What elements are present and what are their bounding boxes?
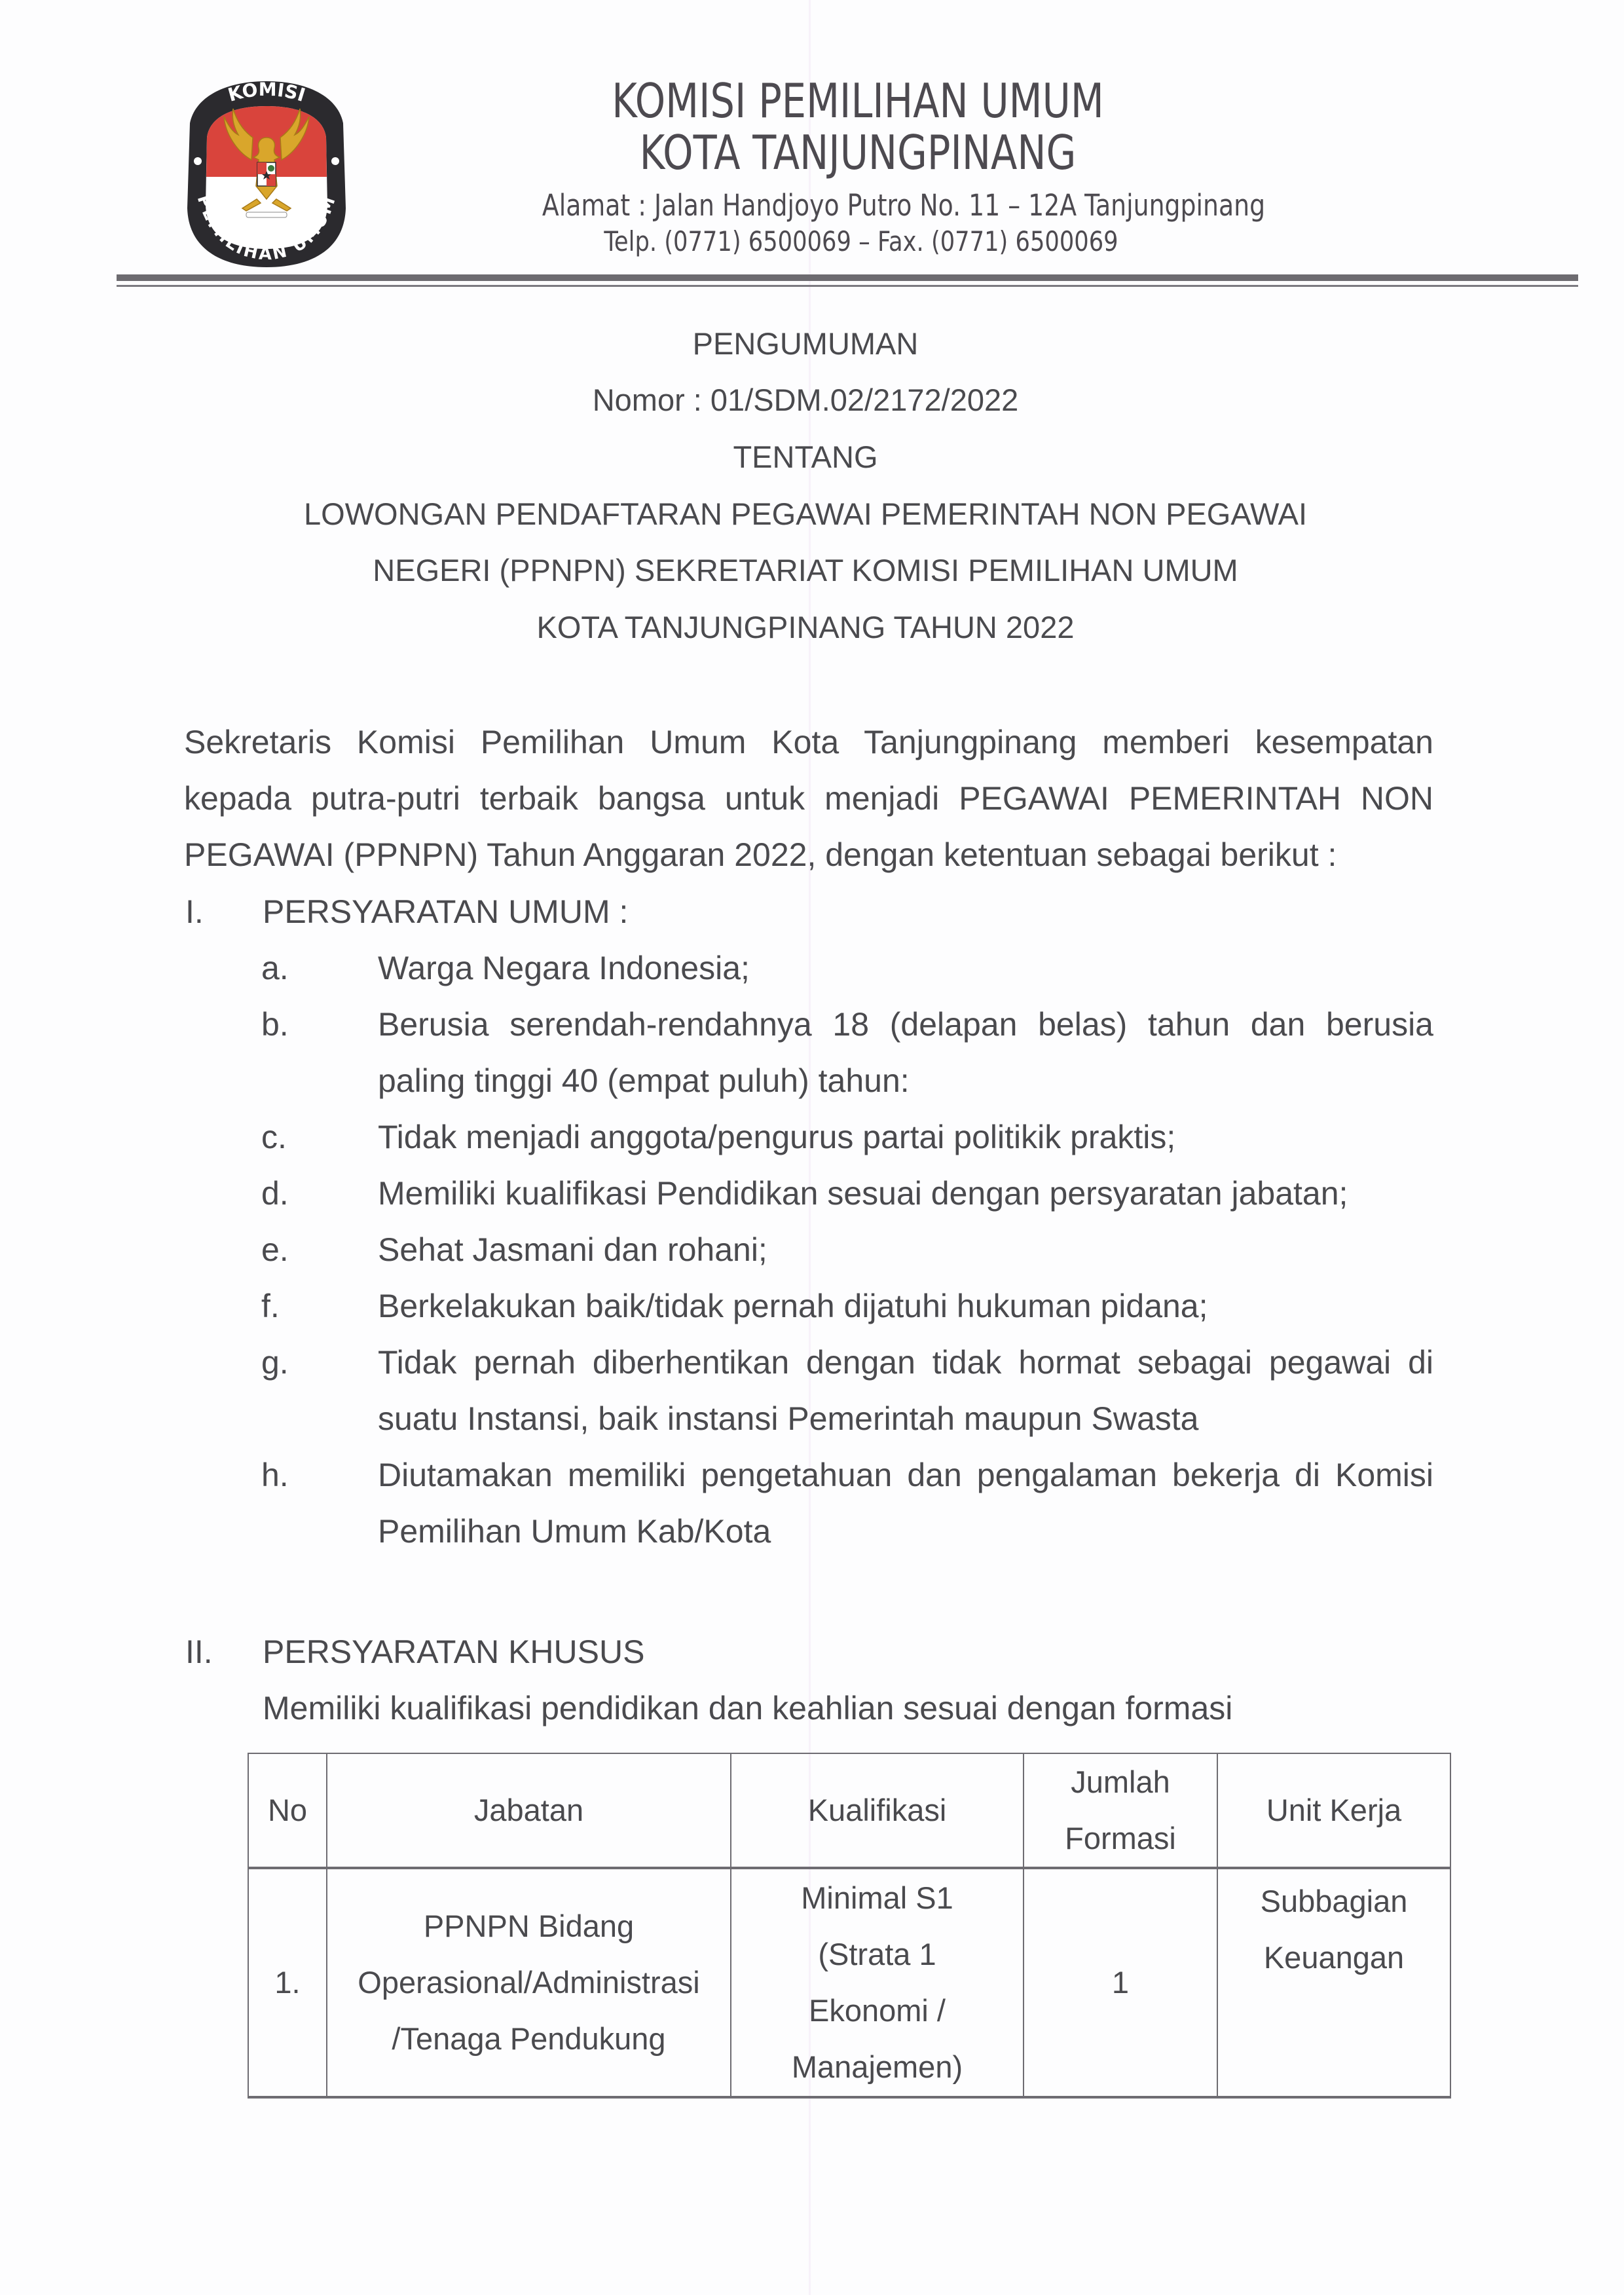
requirement-text: Berusia serendah-rendahnya 18 (delapan b…: [378, 996, 1433, 1109]
requirement-item: b.Berusia serendah-rendahnya 18 (delapan…: [261, 996, 1433, 1109]
document-number: Nomor : 01/SDM.02/2172/2022: [164, 382, 1447, 419]
letterhead-rule-thin: [117, 285, 1578, 287]
requirement-label: g.: [261, 1334, 289, 1390]
header-work-unit: Unit Kerja: [1217, 1753, 1450, 1868]
about-label: TENTANG: [164, 439, 1447, 476]
requirement-label: e.: [261, 1222, 289, 1278]
cell-qualification: Minimal S1 (Strata 1 Ekonomi / Manajemen…: [731, 1868, 1024, 2097]
requirement-item: g.Tidak pernah diberhentikan dengan tida…: [261, 1334, 1433, 1447]
section-number: II.: [185, 1624, 213, 1680]
table-row: 1. PPNPN Bidang Operasional/Administrasi…: [248, 1868, 1450, 2097]
requirement-text: Tidak pernah diberhentikan dengan tidak …: [378, 1334, 1433, 1447]
header-formation-count: Jumlah Formasi: [1024, 1753, 1217, 1868]
requirement-item: a.Warga Negara Indonesia;: [261, 940, 1433, 996]
cell-formation-count: 1: [1024, 1868, 1217, 2097]
table-header-row: No Jabatan Kualifikasi Jumlah Formasi Un…: [248, 1753, 1450, 1868]
header-no: No: [248, 1753, 327, 1868]
letterhead-rule-thick: [117, 274, 1578, 281]
header-position: Jabatan: [327, 1753, 731, 1868]
org-name: KOMISI PEMILIHAN UMUM: [573, 75, 1142, 127]
section-title: PERSYARATAN KHUSUS: [263, 1624, 644, 1680]
cell-position: PPNPN Bidang Operasional/Administrasi /T…: [327, 1868, 731, 2097]
requirement-label: f.: [261, 1278, 280, 1334]
requirement-text: Warga Negara Indonesia;: [378, 940, 1433, 996]
requirement-item: d.Memiliki kualifikasi Pendidikan sesuai…: [261, 1165, 1433, 1222]
requirement-label: c.: [261, 1109, 287, 1165]
subject-line-1: LOWONGAN PENDAFTARAN PEGAWAI PEMERINTAH …: [164, 496, 1447, 532]
section-description: Memiliki kualifikasi pendidikan dan keah…: [263, 1680, 1232, 1736]
cell-work-unit: Subbagian Keuangan: [1217, 1868, 1450, 2097]
formation-table: No Jabatan Kualifikasi Jumlah Formasi Un…: [248, 1753, 1451, 2099]
section-number: I.: [185, 884, 204, 940]
document-type: PENGUMUMAN: [164, 326, 1447, 362]
org-contact: Telp. (0771) 6500069 – Fax. (0771) 65000…: [531, 225, 1191, 258]
kpu-logo-icon: KOMISI PEMILIHAN UMUM: [183, 77, 350, 271]
requirement-label: a.: [261, 940, 289, 996]
org-city: KOTA TANJUNGPINANG: [573, 126, 1142, 179]
requirement-label: d.: [261, 1165, 289, 1222]
requirement-text: Berkelakukan baik/tidak pernah dijatuhi …: [378, 1278, 1433, 1334]
subject-line-2: NEGERI (PPNPN) SEKRETARIAT KOMISI PEMILI…: [164, 552, 1447, 589]
requirement-label: b.: [261, 996, 289, 1053]
section-title: PERSYARATAN UMUM :: [263, 884, 628, 940]
requirement-text: Tidak menjadi anggota/pengurus partai po…: [378, 1109, 1433, 1165]
requirement-text: Diutamakan memiliki pengetahuan dan peng…: [378, 1447, 1433, 1559]
org-address: Alamat : Jalan Handjoyo Putro No. 11 – 1…: [452, 188, 1355, 223]
requirement-label: h.: [261, 1447, 289, 1503]
cell-no: 1.: [248, 1868, 327, 2097]
header-qualification: Kualifikasi: [731, 1753, 1024, 1868]
subject-line-3: KOTA TANJUNGPINANG TAHUN 2022: [164, 609, 1447, 646]
requirement-item: e.Sehat Jasmani dan rohani;: [261, 1222, 1433, 1278]
intro-paragraph: Sekretaris Komisi Pemilihan Umum Kota Ta…: [184, 714, 1433, 883]
requirement-item: c.Tidak menjadi anggota/pengurus partai …: [261, 1109, 1433, 1165]
requirement-item: f.Berkelakukan baik/tidak pernah dijatuh…: [261, 1278, 1433, 1334]
requirement-text: Memiliki kualifikasi Pendidikan sesuai d…: [378, 1165, 1433, 1222]
requirement-text: Sehat Jasmani dan rohani;: [378, 1222, 1433, 1278]
requirement-item: h.Diutamakan memiliki pengetahuan dan pe…: [261, 1447, 1433, 1559]
